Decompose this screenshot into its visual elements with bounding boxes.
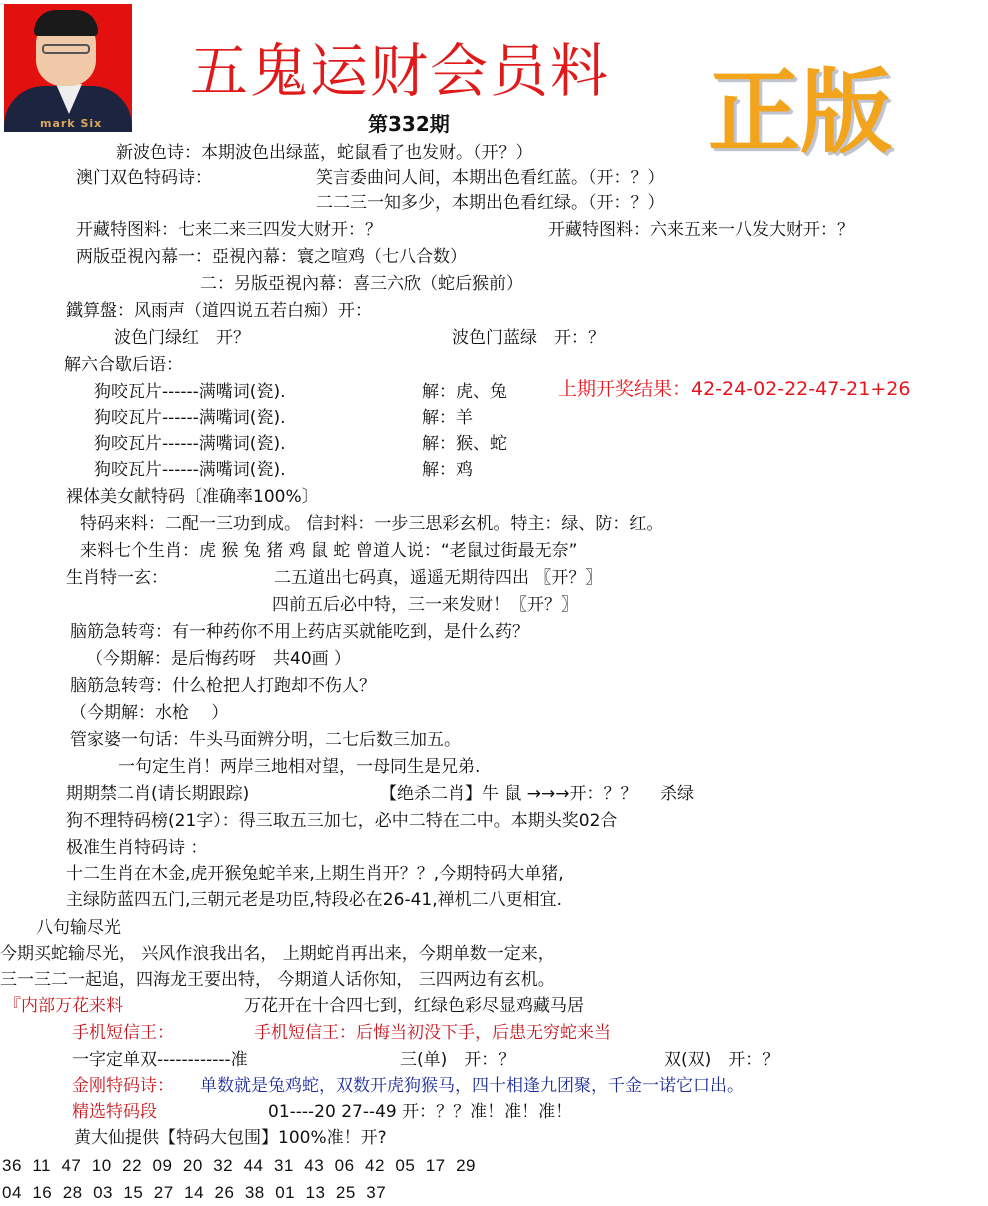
goubuli-list: 狗不理特码榜(21字）：得三取五三加七，必中二特在二中。本期头奖02合: [66, 810, 617, 832]
riddle-question: 狗咬瓦片------满嘴词(瓷).: [94, 459, 285, 481]
riddle-question: 狗咬瓦片------满嘴词(瓷).: [94, 407, 285, 429]
diamond-poem-text: 单数就是兔鸡蛇，双数开虎狗猴马，四十相逢九团聚，千金一诺它口出。: [200, 1075, 744, 1097]
issue-number: 第332期: [368, 108, 450, 137]
portrait-watermark: mark Six: [40, 117, 102, 130]
riddle-answer: 解：虎、兔: [422, 381, 507, 403]
zodiac-poem-line1: 十二生肖在木金,虎开猴兔蛇羊来,上期生肖开？？,今期特码大单猪,: [66, 863, 564, 885]
accuracy-line: 裸体美女献特码〔准确率100%〕: [66, 486, 319, 508]
special-code-source: 特码来料：二配一三功到成。 信封料：一步三思彩玄机。特主：绿、防：红。: [80, 513, 663, 535]
wave-gate-2: 波色门蓝绿 开：？: [452, 327, 605, 349]
sms-king-label: 手机短信王：: [72, 1022, 174, 1044]
zodiac-mystery-label: 生肖特一玄：: [66, 567, 168, 589]
even-pick: 双(双) 开：？: [664, 1049, 779, 1071]
banned-zodiacs-label: 期期禁二肖(请长期跟踪): [66, 783, 249, 805]
atv-inside-1: 两版亞視內幕一：亞視內幕：寰之喧鸡（七八合数）: [76, 246, 467, 268]
internal-flower-label: 『内部万花来料: [4, 995, 123, 1017]
riddle-question: 狗咬瓦片------满嘴词(瓷).: [94, 433, 285, 455]
authentic-badge: 正版: [708, 62, 892, 162]
portrait-photo: mark Six: [4, 4, 132, 132]
selected-range-label: 精选特码段: [72, 1101, 157, 1123]
eight-lines-1: 今期买蛇输尽光， 兴风作浪我出名， 上期蛇肖再出来，今期单数一定来，: [0, 943, 555, 965]
number-list-row-2: 04 16 28 03 15 27 14 26 38 01 13 25 37: [2, 1182, 386, 1204]
number-list-row-1: 36 11 47 10 22 09 20 32 44 31 43 06 42 0…: [2, 1155, 476, 1177]
atv-inside-2: 二：另版亞視內幕：喜三六欣（蛇后猴前）: [200, 273, 523, 295]
zodiac-mystery-line2: 四前五后必中特，三一来发财！〖开？〗: [272, 594, 578, 616]
brain-teaser-2-answer: （今期解：水枪 ）: [70, 702, 228, 724]
hidden-chart-1: 开藏特图料：七来二来三四发大财开：？: [76, 219, 382, 241]
diamond-poem-label: 金刚特码诗：: [72, 1075, 174, 1097]
riddle-question: 狗咬瓦片------满嘴词(瓷).: [94, 381, 285, 403]
hidden-chart-2: 开藏特图料：六来五来一八发大财开：？: [548, 219, 854, 241]
odd-pick: 三(单) 开：？: [400, 1049, 515, 1071]
macau-poem-line1: 笑言委曲问人间，本期出色看红蓝。（开：？）: [316, 167, 665, 189]
internal-flower-text: 万花开在十合四七到，红绿色彩尽显鸡藏马居: [244, 995, 584, 1017]
wong-tai-sin-line: 黄大仙提供【特码大包围】100%准！开?: [74, 1127, 387, 1149]
zodiac-poem-heading: 极准生肖特码诗 ：: [66, 837, 207, 859]
riddle-answer: 解：羊: [422, 407, 473, 429]
one-zodiac-line: 一句定生肖！两岸三地相对望，一母同生是兄弟.: [118, 756, 480, 778]
zodiac-poem-line2: 主绿防蓝四五门,三朝元老是功臣,特段必在26-41,禅机二八更相宜.: [66, 889, 562, 911]
seven-zodiacs: 来料七个生肖：虎 猴 兔 猪 鸡 鼠 蛇 曾道人说：“老鼠过街最无奈”: [80, 540, 577, 562]
odd-even-line: 一字定单双------------准: [72, 1049, 248, 1071]
sms-king-text: 手机短信王：后悔当初没下手，后患无穷蛇来当: [254, 1022, 611, 1044]
selected-range-values: 01----20 27--49 开：？？准！准！准！: [268, 1101, 572, 1123]
wave-color-poem: 新波色诗：本期波色出绿蓝，蛇鼠看了也发财。（开？）: [116, 142, 533, 164]
macau-poem-line2: 二二三一知多少，本期出色看红绿。（开：？）: [316, 192, 665, 214]
portrait-glasses: [42, 44, 90, 54]
brain-teaser-1-answer: （今期解：是后悔药呀 共40画 ）: [86, 648, 351, 670]
brain-teaser-2: 脑筋急转弯：什么枪把人打跑却不伤人？: [70, 675, 376, 697]
last-draw-result: 上期开奖结果：42-24-02-22-47-21+26: [558, 378, 910, 400]
abacus-line: 鐵算盤：风雨声（道四说五若白痴）开：: [66, 300, 372, 322]
riddle-heading: 解六合歇后语：: [64, 354, 183, 376]
eight-lines-2: 三一三二一起追，四海龙王要出特， 今期道人话你知， 三四两边有玄机。: [0, 969, 555, 991]
portrait-hair: [34, 10, 98, 36]
riddle-answer: 解：猴、蛇: [422, 433, 507, 455]
macau-poem-label: 澳门双色特码诗：: [76, 167, 212, 189]
page-title: 五鬼运财会员料: [190, 38, 610, 104]
brain-teaser-1: 脑筋急转弯：有一种药你不用上药店买就能吃到，是什么药？: [70, 621, 529, 643]
wave-gate-1: 波色门绿红 开？: [114, 327, 250, 349]
zodiac-mystery-line1: 二五道出七码真，遥遥无期待四出 〖开？〗: [274, 567, 602, 589]
kill-two-zodiacs: 【绝杀二肖】牛 鼠 →→→开：？？ 杀绿: [380, 783, 694, 805]
riddle-answer: 解：鸡: [422, 459, 473, 481]
housekeeper-line: 管家婆一句话：牛头马面辨分明，二七后数三加五。: [70, 729, 461, 751]
eight-lines-heading: 八句输尽光: [36, 917, 121, 939]
